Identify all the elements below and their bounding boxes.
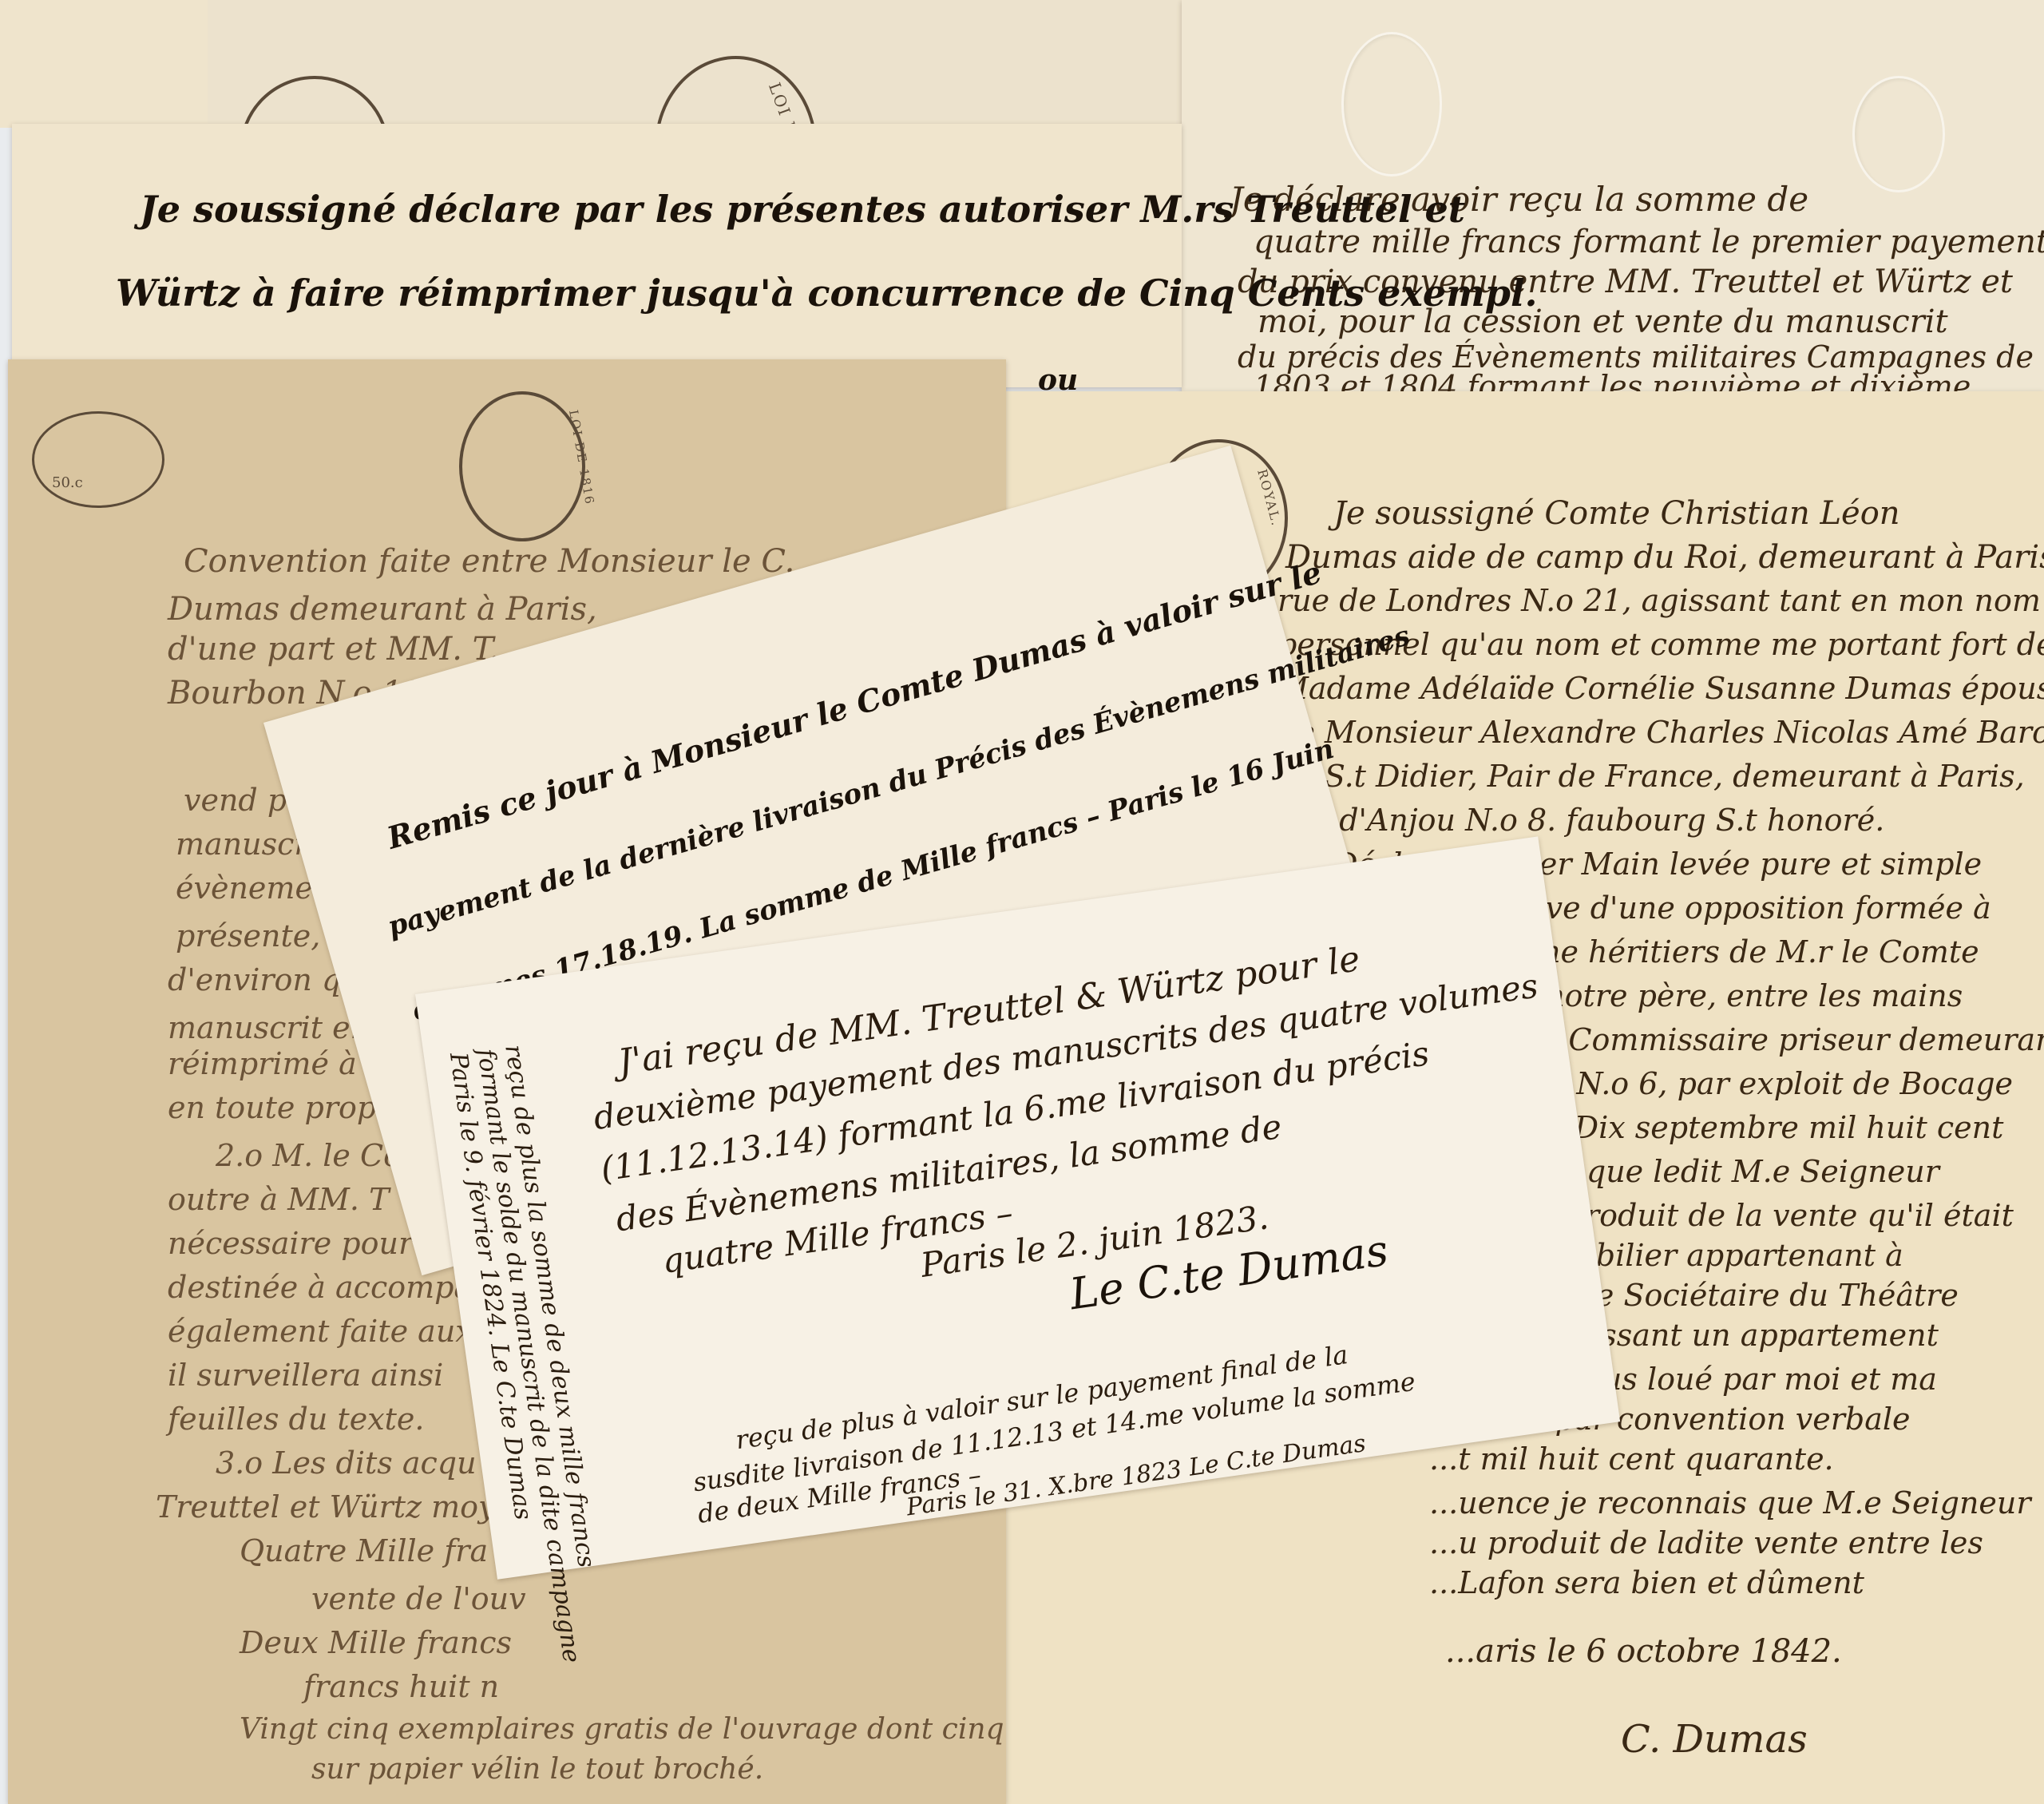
convention-line: Dumas demeurant à Paris, (168, 591, 597, 628)
declaration-line: ...aris le 6 octobre 1842. (1445, 1633, 1842, 1670)
convention-line: 3.o Les dits acqu (216, 1445, 477, 1481)
convention-line: Quatre Mille fra (240, 1533, 488, 1568)
convention-line: Treuttel et Würtz moy (156, 1489, 495, 1524)
top-left-letter: Je soussigné déclare par les présentes a… (12, 124, 1182, 387)
declaration-line: ...Lafon sera bien et dûment (1429, 1565, 1864, 1600)
convention-line: 2.o M. le Co (216, 1138, 402, 1173)
convention-line: destinée à accompag (168, 1270, 491, 1305)
convention-line: sur papier vélin le tout broché. (311, 1753, 763, 1786)
convention-line: feuilles du texte. (168, 1402, 424, 1437)
stamp-law-1816-text: LOI DE 1816 (566, 409, 597, 506)
signature-dumas-1842: C. Dumas (1621, 1717, 1808, 1762)
convention-line: d'environ qu (168, 962, 361, 997)
convention-line: outre à MM. T (168, 1182, 389, 1217)
letter-line: Je soussigné déclare par les présentes a… (140, 188, 1465, 231)
declaration-line: ...t mil huit cent quarante. (1429, 1441, 1834, 1477)
declaration-line: ...u produit de ladite vente entre les (1429, 1525, 1983, 1560)
convention-line: d'une part et MM. T. (168, 631, 499, 668)
declaration-line: Madame Adélaïde Cornélie Susanne Dumas é… (1277, 671, 2044, 706)
declaration-line: de S.t Didier, Pair de France, demeurant… (1277, 759, 2025, 794)
justice-figure-stamp: 50.c (32, 411, 164, 508)
embossed-figure-icon (1852, 76, 1945, 192)
convention-line: présente, l (176, 918, 340, 954)
fleur-de-lis-stamp: LOI DE 1816 (459, 391, 585, 541)
convention-line: Convention faite entre Monsieur le C. (184, 543, 794, 580)
letter-line: Würtz à faire réimprimer jusqu'à concurr… (116, 272, 1537, 315)
convention-line: Deux Mille francs (240, 1625, 512, 1660)
convention-line: réimprimé à (168, 1046, 357, 1081)
declaration-line: ...uence je reconnais que M.e Seigneur (1429, 1485, 2031, 1521)
convention-line: il surveillera ainsi (168, 1358, 443, 1393)
convention-line: Vingt cinq exemplaires gratis de l'ouvra… (240, 1713, 1004, 1746)
convention-line: également faite aux (168, 1314, 473, 1349)
royal-stamp-text: ROYAL. (1254, 467, 1284, 528)
stamp-price-text: 50.c (52, 474, 83, 491)
convention-line: manuscrit en (168, 1010, 370, 1045)
far-left-edge-sheet (0, 0, 208, 128)
embossed-seal-icon (1341, 32, 1442, 176)
declaration-line: rue de Londres N.o 21, agissant tant en … (1277, 583, 2041, 618)
declaration-line: rue d'Anjou N.o 8. faubourg S.t honoré. (1277, 803, 1884, 838)
declaration-line: Dumas aide de camp du Roi, demeurant à P… (1285, 539, 2044, 576)
declaration-line: Je soussigné Comte Christian Léon (1333, 495, 1900, 532)
convention-line: francs huit n (303, 1669, 499, 1704)
convention-line: nécessaire pour (168, 1226, 413, 1261)
convention-line: vente de l'ouv (311, 1581, 526, 1616)
declaration-line: de Monsieur Alexandre Charles Nicolas Am… (1277, 715, 2044, 750)
